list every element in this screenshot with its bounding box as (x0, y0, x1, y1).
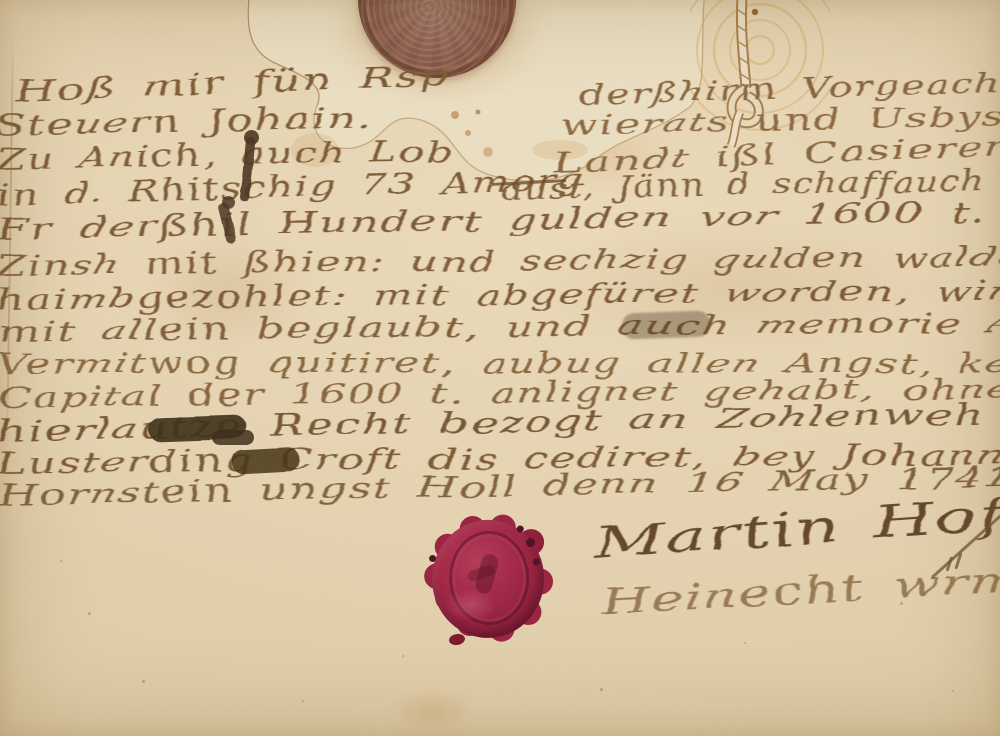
speckle (60, 560, 62, 562)
handwriting-line: Lusterding Croft dis cediret, bey Johann… (0, 435, 1000, 481)
speckle (952, 690, 954, 692)
cord-strands (731, 0, 759, 146)
signature-flourish (931, 506, 1000, 578)
speckle (402, 655, 404, 657)
handwriting-line: mit allein beglaubt, und auch memorie Ab… (0, 302, 1000, 348)
fox-spot (483, 147, 493, 157)
ink-flourish (222, 196, 235, 209)
speckle (900, 602, 903, 605)
ink-flourish (244, 130, 259, 145)
fox-spot (465, 130, 471, 136)
stain (150, 235, 310, 350)
handwriting-line: hierlautze Recht bezogt an Zohlenweh H. … (0, 390, 1000, 449)
sealing-cord (690, 0, 830, 155)
handwriting-line: Vermitwog quitiret, aubug allen Angst, k… (0, 346, 1000, 380)
wax-seal (421, 511, 560, 652)
handwriting-line: Zinsh mit ßhien: und sechzig gulden wald… (0, 236, 1000, 282)
ink-blot (231, 446, 298, 473)
fox-stain (532, 140, 588, 160)
speckle (744, 642, 746, 644)
paper-crease (6, 38, 14, 448)
ink-blot (212, 430, 254, 445)
fox-stain (291, 133, 339, 167)
signature-flourish (946, 556, 953, 571)
speckle (88, 612, 91, 615)
fox-spot (476, 110, 481, 115)
document-photo: Hoß mir fün Rsp derßhirm Vorgeachten Ste… (0, 0, 1000, 736)
speckle (600, 688, 603, 691)
stain (520, 220, 940, 355)
stain (392, 690, 472, 732)
speckle (302, 700, 304, 702)
handwriting-line: Capital der 1600 t. anlignet gehabt, ohn… (0, 369, 1000, 414)
speckle (142, 680, 145, 683)
ink-dot (752, 9, 758, 15)
fox-spot (451, 111, 459, 119)
ink-overlay-dark-word (622, 310, 711, 339)
handwriting-line: haimbgezohlet: mit abgefüret worden, wir… (0, 271, 1000, 316)
handwriting-line: Hornstein ungst Holl denn 16 May 1741 (0, 460, 1000, 513)
signature-line: Martin Hofer (592, 484, 1000, 569)
speckle (846, 472, 849, 475)
